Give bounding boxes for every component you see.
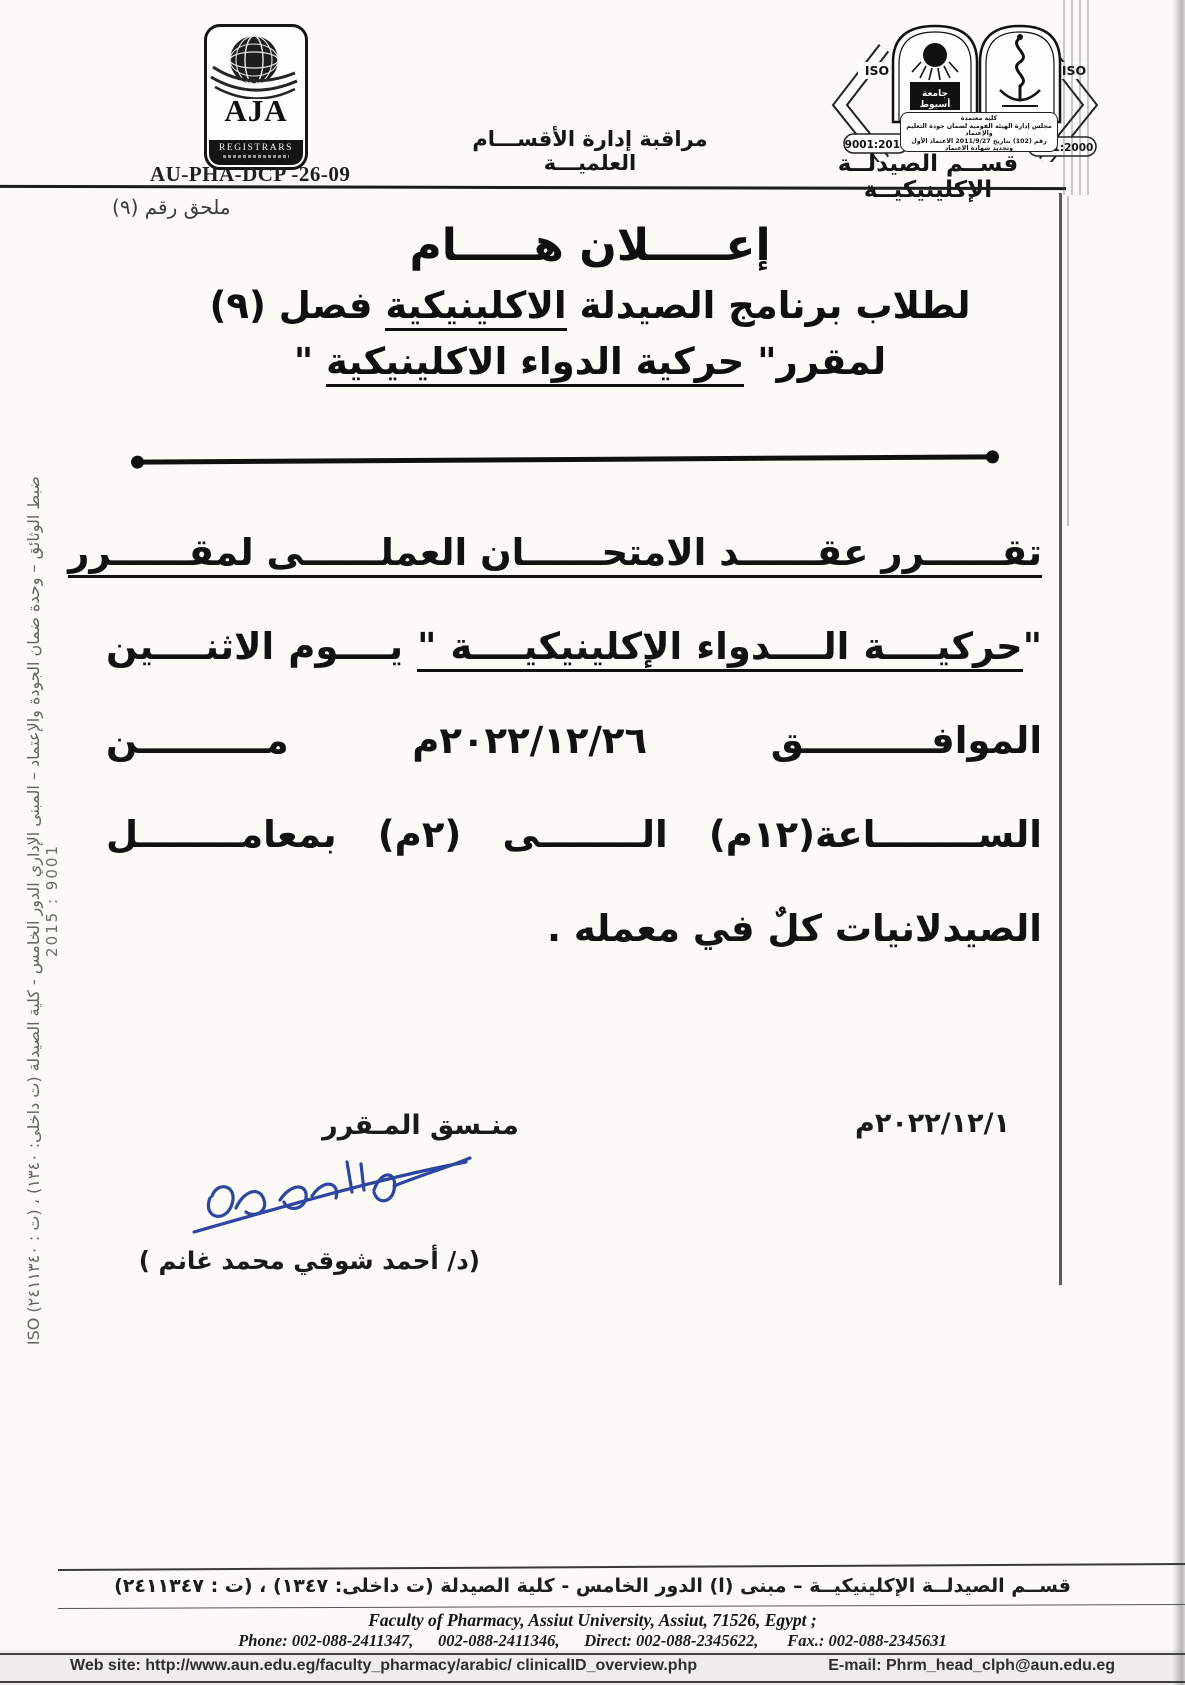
coordinator-name: (د/ أحمد شوقي محمد غانم ) [180,1246,480,1275]
body-line: تقــــــرر عقــــــد الامتحــــــان العم… [106,506,1042,600]
accreditation-box: كلية معتمدة مجلس إدارة الهيئة القومية لض… [900,112,1058,152]
margin-quality-stamp: ضبط الوثائق – وحدة ضمان الجودة والإعتماد… [24,476,76,1406]
signoff-date: ٢٠٢٢/١٢/١م [845,1108,1020,1139]
scan-edge-shadow [1172,0,1185,1685]
margin-stamp-iso: 9001 : 2015 [43,476,61,1406]
footer-arabic-address: قســم الصيدلــة الإكلينيكيــة – مبنى (ا)… [90,1575,1095,1597]
accreditation-line: رقم (102) بتاريخ 2011/9/27 الاعتماد الأو… [901,138,1057,146]
accreditation-line: مجلس إدارة الهيئة القومية لضمان جودة الت… [901,123,1057,138]
title-line-1: إعـــــلان هـــــام [145,214,1035,278]
body-line: الصيدلانيات كلٌ في معمله . [106,882,1042,976]
margin-stamp-line: ضبط الوثائق – وحدة ضمان الجودة والإعتماد… [24,476,43,1406]
accreditation-line: كلية معتمدة [901,115,1057,123]
footer-phone-numbers: Phone: 002-088-2411347, 002-088-2411346,… [0,1631,1185,1651]
aja-logo-text: AJA [207,93,305,129]
footer-rule-bottom [0,1681,1185,1683]
coordinator-role: منـسق المـقرر [318,1110,523,1141]
globe-icon [207,29,299,99]
footer-english-address: Faculty of Pharmacy, Assiut University, … [0,1610,1185,1631]
title-line-2: لطلاب برنامج الصيدلة الاكلينيكية فصل (٩) [145,278,1035,334]
document-code: AU-PHA-DCP -26-09 [150,162,350,187]
iso-value-left: 9001:2015 [845,139,908,151]
footer-rule [58,1604,1185,1609]
divider-dot-left [131,455,144,468]
svg-text:جامعة: جامعة [922,89,948,99]
scan-artifact-line [1059,193,1062,1285]
divider-dot-right [986,450,999,463]
body-line: الموافــــــــــق ٢٠٢٢/١٢/٢٦م مـــــــــ… [106,694,1042,788]
announcement-title: إعـــــلان هـــــام لطلاب برنامج الصيدلة… [145,214,1035,390]
scan-artifact-line [1067,196,1069,526]
aja-registrars-logo: AJA REGISTRARS [204,24,308,170]
iso-label-left: ISO [865,63,889,78]
footer-rule-top [58,1563,1185,1571]
dept-control-heading: مراقبة إدارة الأقســـام العلميـــة [440,127,740,175]
footer-website: Web site: http://www.aun.edu.eg/faculty_… [70,1657,697,1675]
sun-emblem-icon: جامعة أسيوط [893,26,977,122]
department-name: قســم الصيدلــة الإكلينيكيــة [778,151,1078,203]
body-line: "حركيــــة الــــدواء الإكلينيكيــــة " … [106,600,1042,694]
divider-rule [136,454,994,464]
footer-rule [0,1653,1185,1655]
footer-email: E-mail: Phrm_head_clph@aun.edu.eg [828,1657,1115,1675]
body-line: الســــــــاعة(١٢م) الــــــــى (٢م) بمع… [106,788,1042,882]
scan-artifact-streaks [1063,0,1093,195]
announcement-body: تقــــــرر عقــــــد الامتحــــــان العم… [106,506,1042,976]
scanned-announcement-document: AJA REGISTRARS AU-PHA-DCP -26-09 مراقبة … [0,0,1185,1685]
footer-links-row: Web site: http://www.aun.edu.eg/faculty_… [70,1657,1115,1675]
handwritten-signature [182,1146,477,1246]
pharmacy-emblem-icon [980,26,1060,122]
title-line-3: لمقرر" حركية الدواء الاكلينيكية " [145,334,1035,390]
svg-text:أسيوط: أسيوط [920,98,951,110]
